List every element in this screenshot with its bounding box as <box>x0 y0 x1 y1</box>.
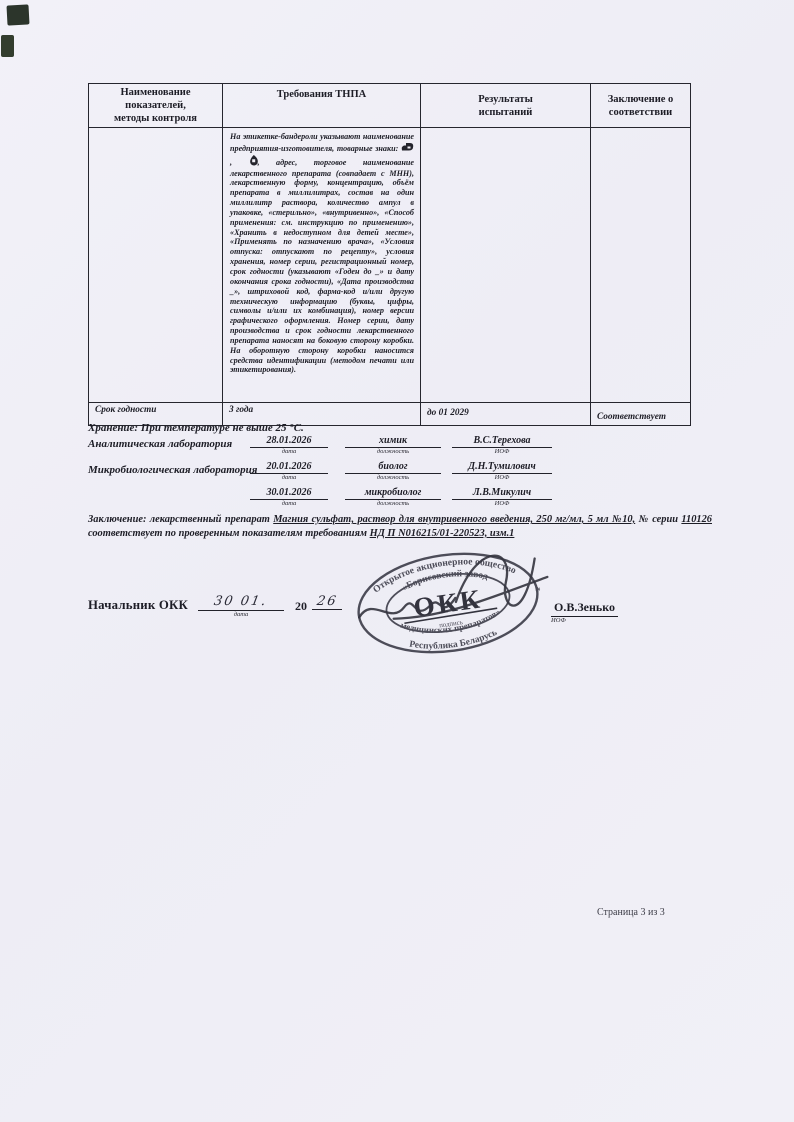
sig-name-2: Д.Н.Тумилович ИОФ <box>452 461 552 482</box>
table-body-row: На этикетке-бандероли указывают наименов… <box>89 128 691 403</box>
name-value: В.С.Терехова <box>452 435 552 448</box>
microbio-lab-label: Микробиологическая лаборатория <box>88 464 257 476</box>
date-caption: дата <box>250 500 328 508</box>
name-value: Д.Н.Тумилович <box>452 461 552 474</box>
chief-okk-title: Начальник ОКК <box>88 598 188 613</box>
year-prefix: 20 <box>295 599 307 614</box>
trademark-droplet-icon <box>249 155 258 169</box>
okk-round-stamp: Открытое акционерное общество «Борисовск… <box>344 541 578 665</box>
cell-indicators-empty <box>89 128 223 403</box>
name-caption: ИОФ <box>452 474 552 482</box>
handwritten-year: 26 <box>312 593 342 610</box>
sig-date-1: 28.01.2026 дата <box>250 435 328 456</box>
conclusion-middle: соответствует по проверенным показателям… <box>88 528 370 539</box>
header-conclusion: Заключение о соответствии <box>591 84 691 128</box>
separator: , <box>258 158 277 167</box>
standard-reference: НД П N016215/01-220523, изм.1 <box>370 528 515 539</box>
chief-name-group: О.В.Зенько ИОФ <box>551 600 618 625</box>
date-value: 28.01.2026 <box>250 435 328 448</box>
position-value: биолог <box>345 461 441 474</box>
shelf-life-result: до 01 2029 <box>421 403 591 426</box>
chief-name: О.В.Зенько <box>551 600 618 617</box>
sig-position-1: химик должность <box>345 435 441 456</box>
sig-name-3: Л.В.Микулич ИОФ <box>452 487 552 508</box>
date-value: 30.01.2026 <box>250 487 328 500</box>
stamp-star: * <box>534 585 542 598</box>
sig-position-3: микробиолог должность <box>345 487 441 508</box>
date-caption: дата <box>250 474 328 482</box>
position-value: микробиолог <box>345 487 441 500</box>
sig-date-3: 30.01.2026 дата <box>250 487 328 508</box>
labeling-requirements-paragraph: На этикетке-бандероли указывают наименов… <box>224 129 419 377</box>
separator: , <box>230 158 249 167</box>
sig-date-2: 20.01.2026 дата <box>250 461 328 482</box>
date-caption: дата <box>198 611 284 619</box>
date-caption: дата <box>250 448 328 456</box>
conclusion-prefix: Заключение: лекарственный препарат <box>88 514 273 525</box>
qc-table: Наименование показателей, методы контрол… <box>88 83 691 426</box>
document-page: Наименование показателей, методы контрол… <box>0 0 794 1122</box>
cell-results-empty <box>421 128 591 403</box>
table-header-row: Наименование показателей, методы контрол… <box>89 84 691 128</box>
cell-conclusion-empty <box>591 128 691 403</box>
header-requirements: Требования ТНПА <box>223 84 421 128</box>
page-number: Страница 3 из 3 <box>597 907 665 918</box>
paragraph-part2: адрес, торговое наименование лекарственн… <box>230 158 414 375</box>
conclusion-statement: Заключение: лекарственный препарат Магни… <box>88 513 712 541</box>
sig-name-1: В.С.Терехова ИОФ <box>452 435 552 456</box>
drug-name: Магния сульфат, раствор для внутривенног… <box>273 514 635 525</box>
analytical-lab-label: Аналитическая лаборатория <box>88 438 232 450</box>
position-value: химик <box>345 435 441 448</box>
trademark-logo-icon <box>401 142 414 155</box>
name-caption: ИОФ <box>452 448 552 456</box>
series-number: 110126 <box>681 514 712 525</box>
name-value: Л.В.Микулич <box>452 487 552 500</box>
position-caption: должность <box>345 448 441 456</box>
shelf-life-conclusion: Соответствует <box>591 403 691 426</box>
scan-artifact-left <box>1 35 14 57</box>
name-caption: ИОФ <box>452 500 552 508</box>
paragraph-part1: На этикетке-бандероли указывают наименов… <box>230 132 414 153</box>
header-indicators: Наименование показателей, методы контрол… <box>89 84 223 128</box>
sig-position-2: биолог должность <box>345 461 441 482</box>
position-caption: должность <box>345 500 441 508</box>
storage-conditions-line: Хранение: При температуре не выше 25 °С. <box>88 422 304 434</box>
approval-date-group: 30 01. дата <box>198 593 284 619</box>
cell-requirements-text: На этикетке-бандероли указывают наименов… <box>223 128 421 403</box>
position-caption: должность <box>345 474 441 482</box>
name-caption: ИОФ <box>551 617 618 625</box>
series-prefix: № серии <box>635 514 681 525</box>
date-value: 20.01.2026 <box>250 461 328 474</box>
scan-artifact-top <box>6 4 29 25</box>
handwritten-date: 30 01. <box>213 594 269 609</box>
header-results: Результаты испытаний <box>421 84 591 128</box>
